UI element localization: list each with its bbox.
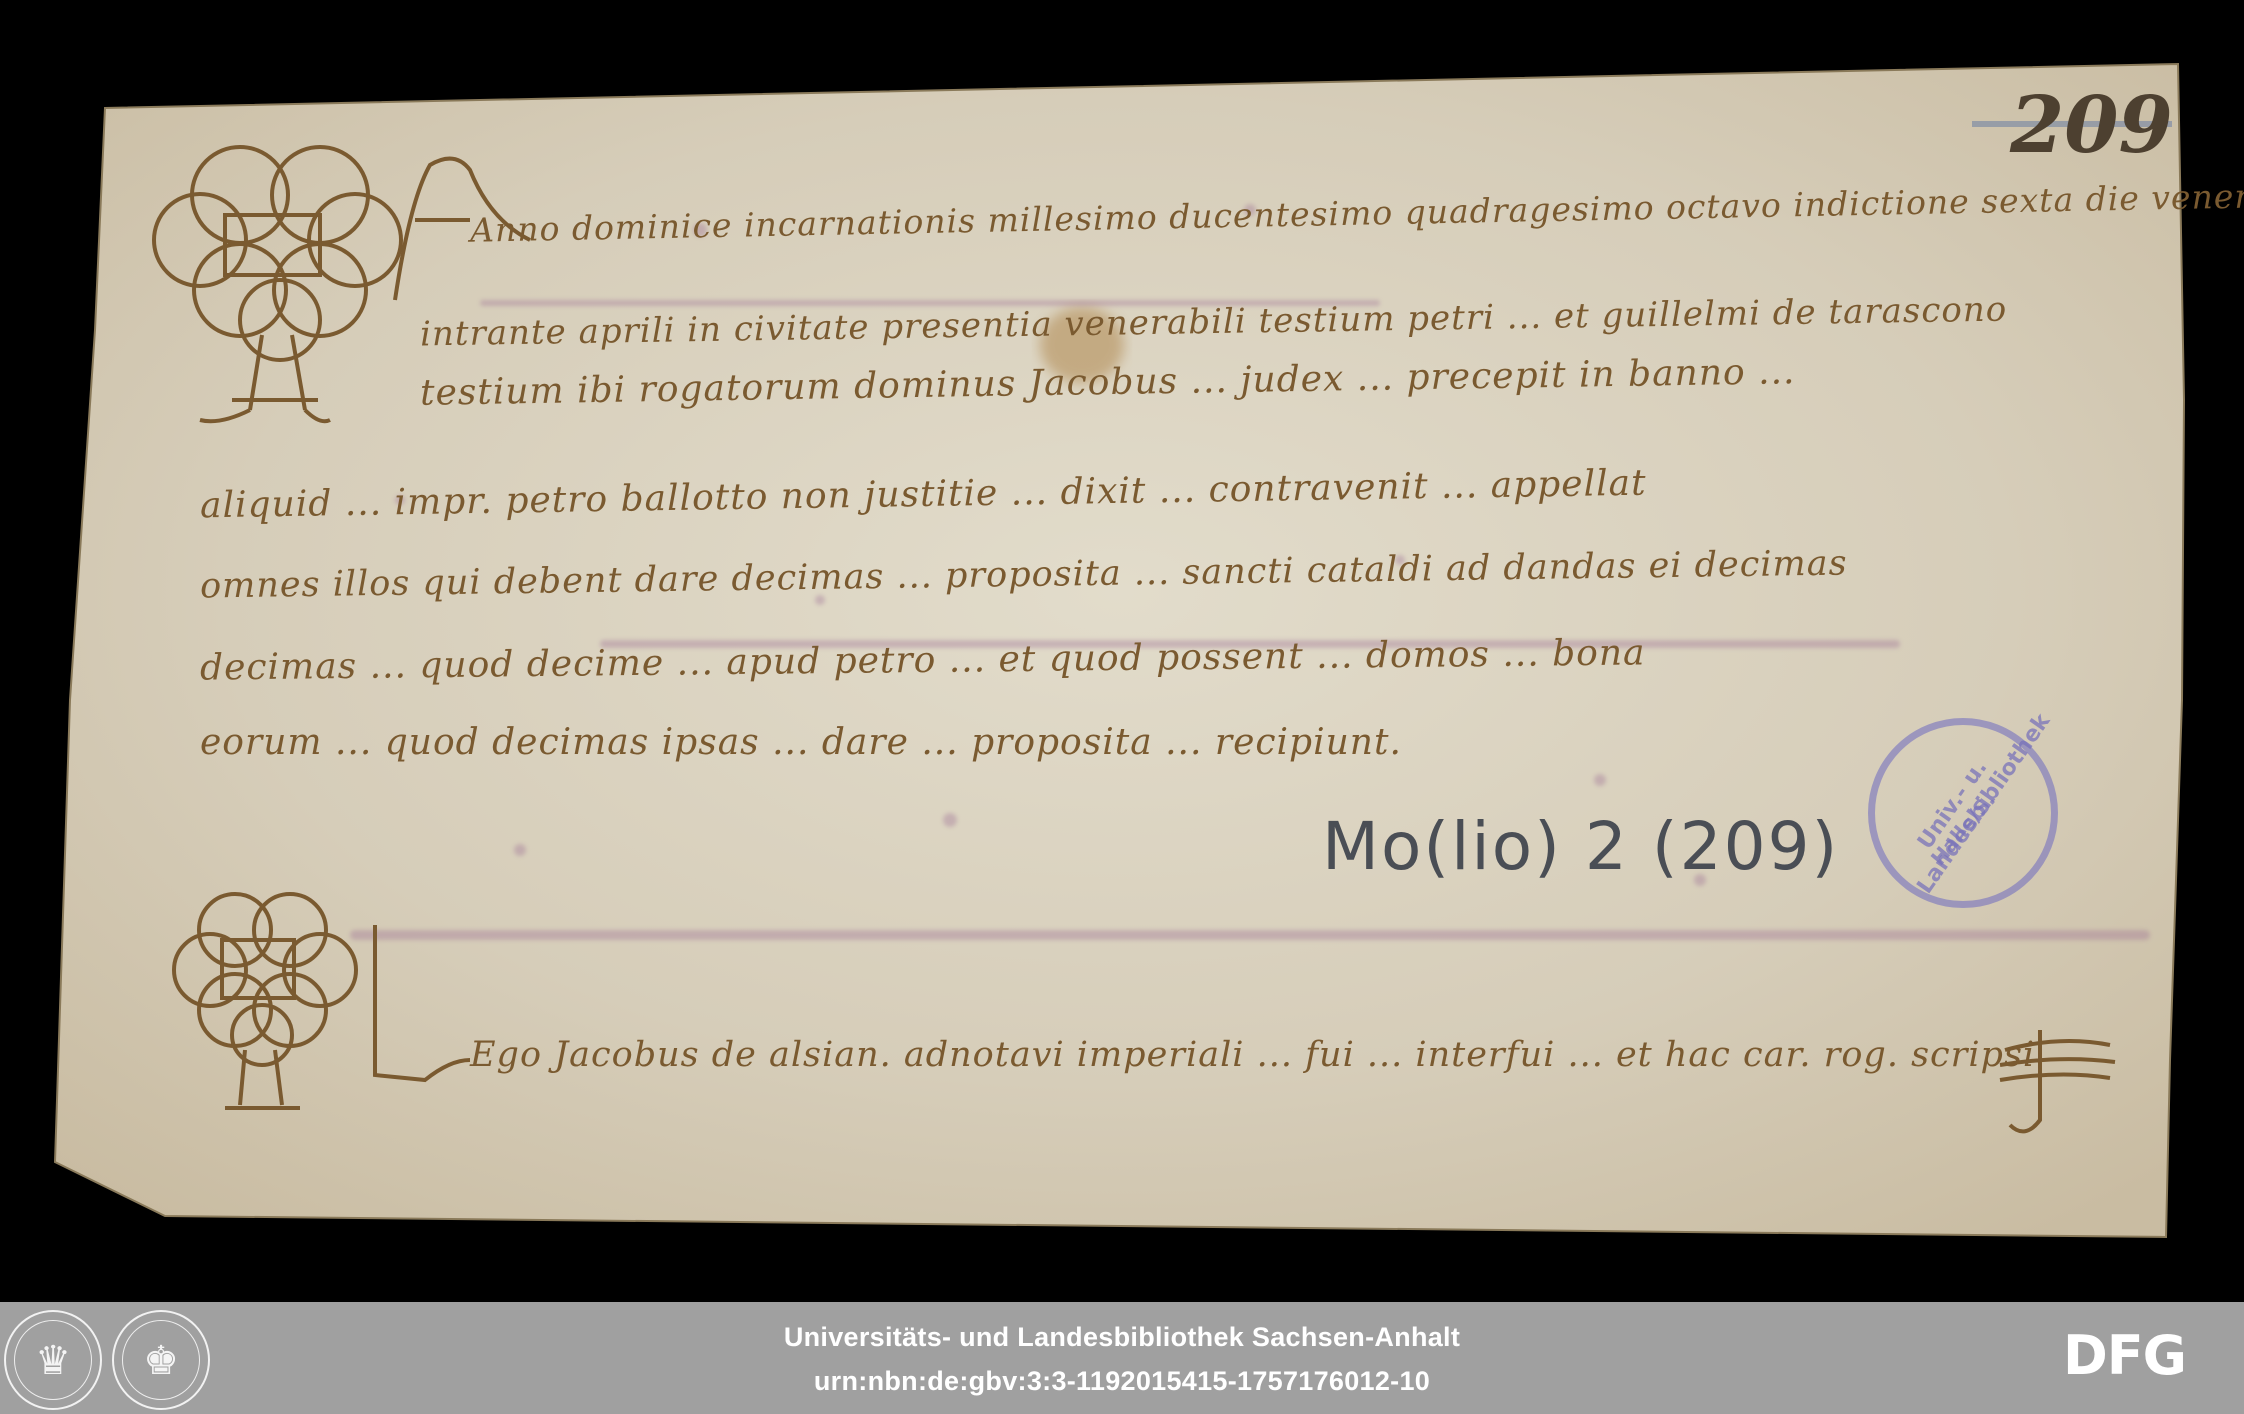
institution-name: Universitäts- und Landesbibliothek Sachs… <box>0 1322 2244 1353</box>
shelfmark-pencil: Mo(lio) 2 (209) <box>1322 808 1839 885</box>
urn-identifier: urn:nbn:de:gbv:3:3-1192015415-1757176012… <box>0 1366 2244 1397</box>
subscription-line: Ego Jacobus de alsian. adnotavi imperial… <box>470 1035 2035 1075</box>
folio-number: 209 <box>2010 80 2173 171</box>
library-stamp: Univ.- u. Landesbibliothek Halle/S. <box>1868 718 2058 908</box>
footer-bar: ♛ ♚ Universitäts- und Landesbibliothek S… <box>0 1302 2244 1414</box>
image-viewer: 209 Anno dominice incarnationis millesim… <box>0 0 2244 1302</box>
text-line-7: eorum ... quod decimas ipsas ... dare ..… <box>200 722 1402 763</box>
dfg-logo: DFG <box>2063 1324 2186 1387</box>
